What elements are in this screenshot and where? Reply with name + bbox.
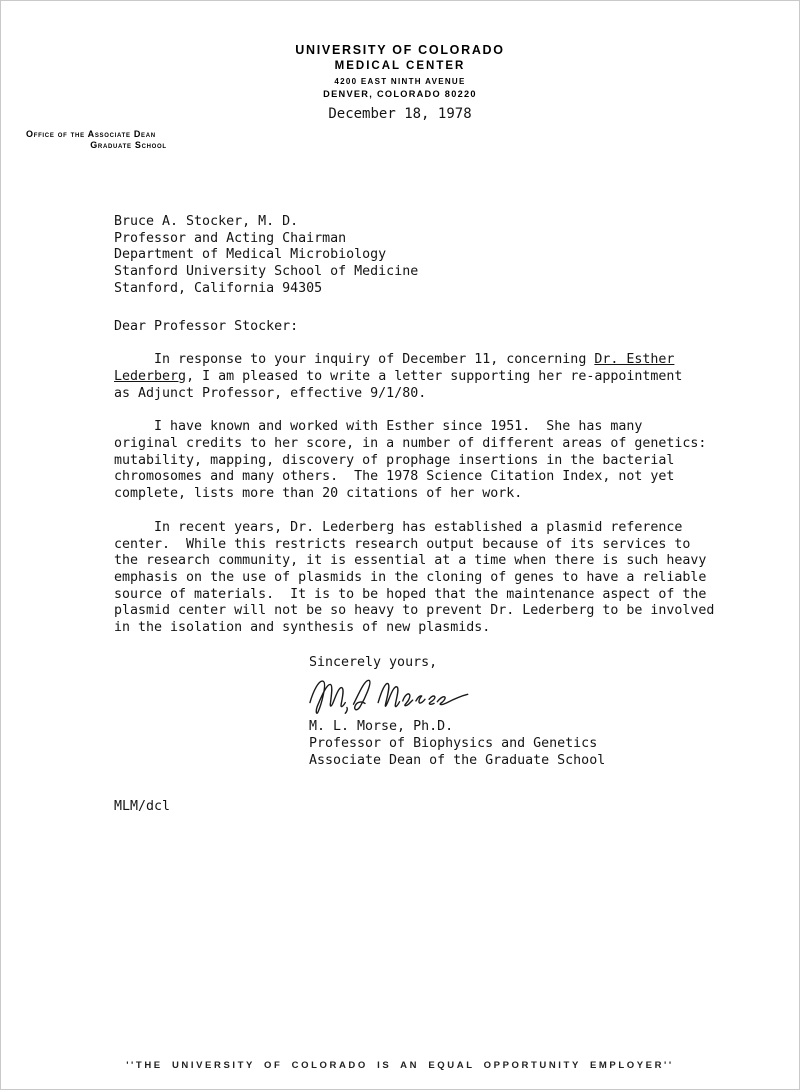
signer-title-1: Professor of Biophysics and Genetics — [309, 736, 729, 753]
letter-date: December 18, 1978 — [1, 106, 799, 123]
office-block: Office of the Associate Dean Graduate Sc… — [26, 129, 231, 150]
letter-body: Bruce A. Stocker, M. D. Professor and Ac… — [114, 214, 729, 815]
paragraph-2: I have known and worked with Esther sinc… — [114, 419, 729, 503]
letterhead-street-address: 4200 EAST NINTH AVENUE — [1, 77, 799, 86]
letterhead-city-address: DENVER, COLORADO 80220 — [1, 89, 799, 99]
closing-block: Sincerely yours, M. L. Morse, Ph.D. Prof… — [309, 655, 729, 770]
office-name: Office of the Associate Dean — [26, 129, 231, 139]
office-school: Graduate School — [26, 140, 231, 150]
paragraph-1: In response to your inquiry of December … — [114, 352, 729, 402]
signature-handwriting — [299, 673, 477, 719]
recipient-address: Bruce A. Stocker, M. D. Professor and Ac… — [114, 214, 729, 298]
letterhead-org-name: UNIVERSITY OF COLORADO — [1, 43, 799, 57]
footer-eoe-statement: ''THE UNIVERSITY OF COLORADO IS AN EQUAL… — [1, 1060, 799, 1071]
signer-name: M. L. Morse, Ph.D. — [309, 719, 729, 736]
reference-initials: MLM/dcl — [114, 799, 729, 816]
salutation: Dear Professor Stocker: — [114, 319, 729, 336]
paragraph-3: In recent years, Dr. Lederberg has estab… — [114, 520, 729, 637]
letterhead: UNIVERSITY OF COLORADO MEDICAL CENTER 42… — [1, 43, 799, 123]
letterhead-org-subname: MEDICAL CENTER — [1, 60, 799, 72]
letter-page: UNIVERSITY OF COLORADO MEDICAL CENTER 42… — [0, 0, 800, 1090]
valediction: Sincerely yours, — [309, 655, 729, 672]
signer-title-2: Associate Dean of the Graduate School — [309, 753, 729, 770]
